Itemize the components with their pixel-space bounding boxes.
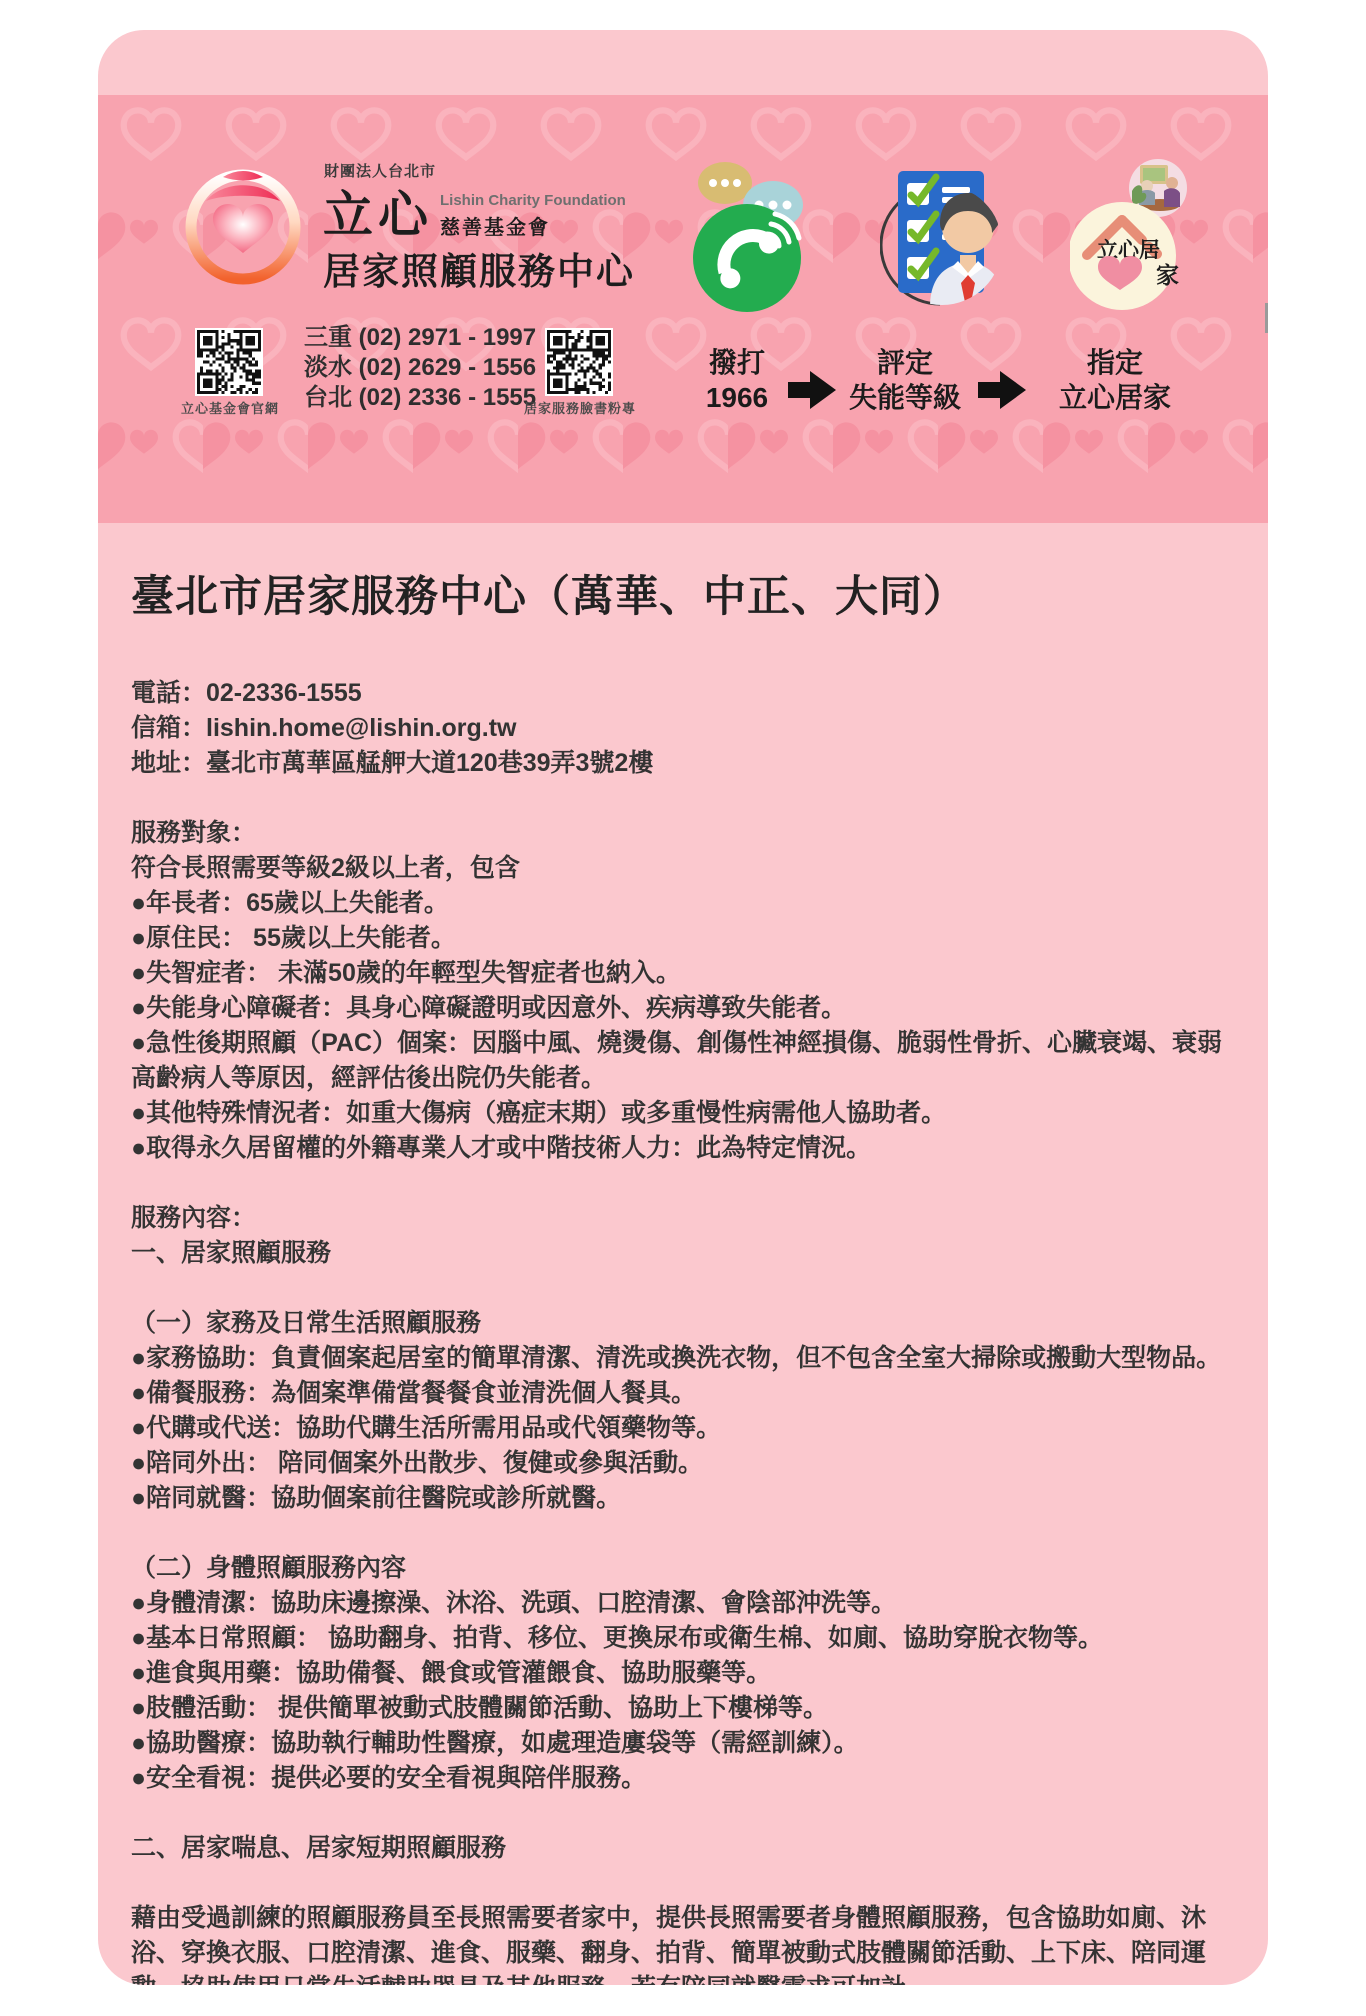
text-line: 台北 (02) 2336 - 1555 [304,383,536,413]
text-line: 藉由受過訓練的照顧服務員至長照需要者家中，提供長照需要者身體照顧服務，包含協助如… [131,1901,1235,1985]
text-line: ●代購或代送：協助代購生活所需用品或代領藥物等。 [131,1411,1235,1446]
text-line: 地址：臺北市萬華區艋舺大道120巷39弄3號2樓 [131,746,1235,781]
blank-line [131,1271,1235,1306]
flyer-card: 財團法人台北市 立心 Lishin Charity Foundation 慈善基… [98,30,1268,1985]
org-subtitle: 慈善基金會 [440,211,550,240]
card-top-strip [98,30,1268,95]
header-band: 財團法人台北市 立心 Lishin Charity Foundation 慈善基… [98,95,1268,523]
qr-code-website [195,328,263,396]
text-line: ●基本日常照顧： 協助翻身、拍背、移位、更換尿布或衛生棉、如廁、協助穿脫衣物等。 [131,1621,1235,1656]
text-line: ●急性後期照顧（PAC）個案：因腦中風、燒燙傷、創傷性神經損傷、脆弱性骨折、心臟… [131,1026,1235,1096]
text-line: ●原住民： 55歲以上失能者。 [131,921,1235,956]
text-line: ●失智症者： 未滿50歲的年輕型失智症者也納入。 [131,956,1235,991]
text-line: 二、居家喘息、居家短期照顧服務 [131,1831,1235,1866]
text-line: ●協助醫療：協助執行輔助性醫療，如處理造廔袋等（需經訓練）。 [131,1726,1235,1761]
text-line: （一）家務及日常生活照顧服務 [131,1306,1235,1341]
qr-facebook-label: 居家服務臉書粉專 [505,398,655,417]
text-line: ●陪同外出： 陪同個案外出散步、復健或參與活動。 [131,1446,1235,1481]
blank-line [131,1166,1235,1201]
text-line: （二）身體照顧服務內容 [131,1551,1235,1586]
text-line: 符合長照需要等級2級以上者，包含 [131,851,1235,886]
phone-number-list: 三重 (02) 2971 - 1997淡水 (02) 2629 - 1556台北… [304,323,536,413]
text-line: 服務對象： [131,816,1235,851]
step-choose-line1: 指定 [1025,345,1205,380]
step-assess-line2: 失能等級 [815,380,995,415]
lishin-home-badge-icon: 立心居 家 [1070,153,1195,318]
text-line: 服務內容： [131,1201,1235,1236]
text-line: 淡水 (02) 2629 - 1556 [304,353,536,383]
text-line: 三重 (02) 2971 - 1997 [304,323,536,353]
page-title: 臺北市居家服務中心（萬華、中正、大同） [131,563,1235,624]
blank-line [131,781,1235,816]
badge-char-jia: 家 [1156,262,1179,288]
call-1966-icon [693,150,863,320]
text-line: ●家務協助：負責個案起居室的簡單清潔、清洗或換洗衣物，但不包含全室大掃除或搬動大… [131,1341,1235,1376]
assessment-checklist-icon [880,167,1000,312]
text-line: ●其他特殊情況者：如重大傷病（癌症末期）或多重慢性病需他人協助者。 [131,1096,1235,1131]
step-choose-line2: 立心居家 [1025,380,1205,415]
step-assess-level: 評定 失能等級 [815,345,995,415]
body-text: 電話：02-2336-1555信箱：lishin.home@lishin.org… [131,676,1235,1985]
step-assess-line1: 評定 [815,345,995,380]
text-line: ●身體清潔：協助床邊擦澡、沐浴、洗頭、口腔清潔、會陰部沖洗等。 [131,1586,1235,1621]
text-line: 電話：02-2336-1555 [131,676,1235,711]
step-choose-lishin: 指定 立心居家 [1025,345,1205,415]
scan-artifact-line [1265,303,1268,333]
text-line: ●陪同就醫：協助個案前往醫院或診所就醫。 [131,1481,1235,1516]
text-line: ●年長者：65歲以上失能者。 [131,886,1235,921]
main-content: 臺北市居家服務中心（萬華、中正、大同） 電話：02-2336-1555信箱：li… [98,563,1268,1985]
org-name: 立心 [323,175,433,247]
blank-line [131,1516,1235,1551]
blank-line [131,1796,1235,1831]
text-line: ●取得永久居留權的外籍專業人才或中階技術人力：此為特定情況。 [131,1131,1235,1166]
text-line: ●備餐服務：為個案準備當餐餐食並清洗個人餐具。 [131,1376,1235,1411]
text-line: ●肢體活動： 提供簡單被動式肢體關節活動、協助上下樓梯等。 [131,1691,1235,1726]
lishin-heart-logo [178,157,308,287]
text-line: 信箱：lishin.home@lishin.org.tw [131,711,1235,746]
org-name-english: Lishin Charity Foundation [440,192,626,209]
arrow-right-icon [978,371,1026,409]
blank-line [131,1866,1235,1901]
center-name: 居家照顧服務中心 [323,241,635,295]
text-line: ●進食與用藥：協助備餐、餵食或管灌餵食、協助服藥等。 [131,1656,1235,1691]
qr-website-label: 立心基金會官網 [155,398,305,417]
text-line: 一、居家照顧服務 [131,1236,1235,1271]
text-line: ●安全看視：提供必要的安全看視與陪伴服務。 [131,1761,1235,1796]
text-line: ●失能身心障礙者：具身心障礙證明或因意外、疾病導致失能者。 [131,991,1235,1026]
qr-code-facebook [545,328,613,396]
